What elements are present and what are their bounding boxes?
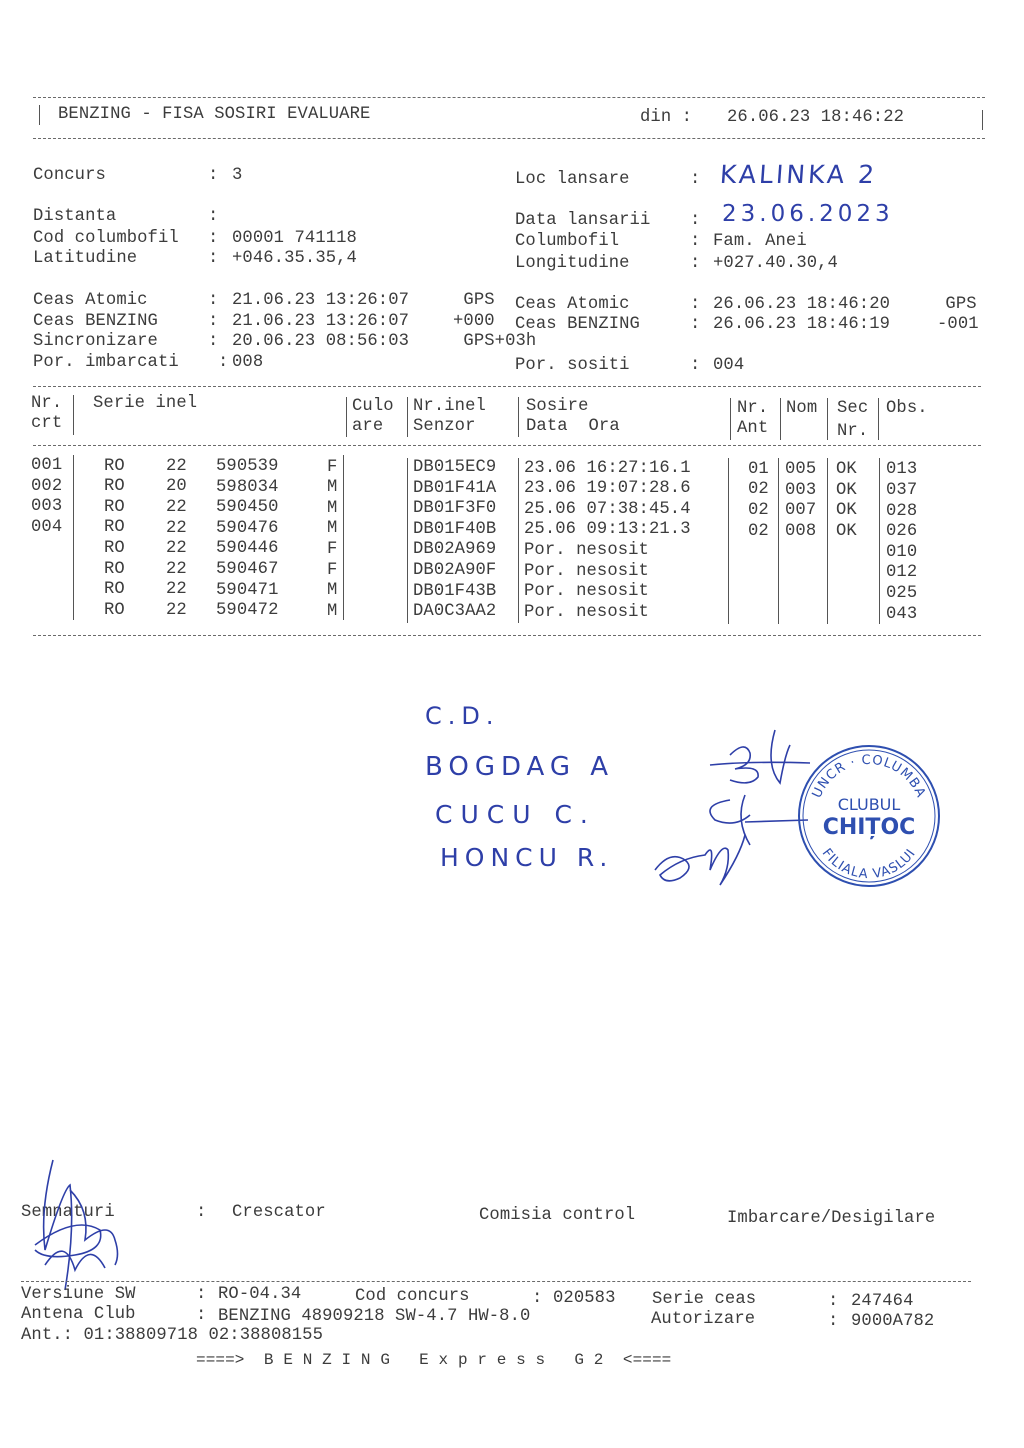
loc-lansare-label: Loc lansare [515, 170, 630, 190]
columbofil-label: Columbofil [515, 232, 619, 252]
versiune-value: RO-04.34 [218, 1285, 301, 1305]
table-header-rule [33, 445, 981, 446]
brand-line: ====> B E N Z I N G E x p r e s s G 2 <=… [196, 1350, 671, 1370]
serie-ceas-value: 247464 [851, 1292, 914, 1312]
document-title: BENZING - FISA SOSIRI EVALUARE [58, 105, 370, 125]
commission-member-2: CUCU C. [435, 800, 596, 829]
col-sep [407, 458, 408, 623]
col-sep [728, 458, 729, 624]
data-lansarii-handwritten: 23.06.2023 [722, 201, 894, 227]
serie-ceas-label: Serie ceas [652, 1290, 756, 1310]
th-nr-ant-1: Nr. [737, 399, 768, 419]
table-cell-obs: 012 [886, 563, 917, 583]
table-cell-sosire: 25.06 07:38:45.4 [524, 500, 691, 520]
table-cell-inel: 590450 [216, 498, 279, 518]
th-culoare-1: Culo [352, 397, 394, 417]
col-sep [518, 458, 519, 623]
colon: : [532, 1289, 542, 1309]
col-sep [827, 398, 828, 440]
ceas-benzing-start-label: Ceas BENZING [33, 312, 158, 332]
versiune-label: Versiune SW [21, 1285, 136, 1305]
table-top-rule [33, 386, 981, 387]
commission-member-3: HONCU R. [440, 843, 613, 872]
antenna-serials: Ant.: 01:38809718 02:38808155 [21, 1326, 323, 1346]
table-cell-inel: 590471 [216, 581, 279, 601]
table-cell-tara: RO [104, 498, 125, 518]
comisia-label: Comisia control [479, 1206, 635, 1226]
col-sep [346, 397, 347, 437]
print-date-label: din : [640, 108, 692, 128]
th-nom: Nom [786, 399, 817, 419]
header-right-bar [982, 110, 983, 130]
cod-columbofil-label: Cod columbofil [33, 229, 179, 249]
colon: : [690, 254, 700, 274]
colon: : [208, 249, 218, 269]
colon: : [196, 1285, 206, 1305]
table-cell-obs: 013 [886, 460, 917, 480]
ceas-atomic-end-value: 26.06.23 18:46:20 [713, 295, 890, 315]
table-cell-sosire: Por. nesosit [524, 582, 649, 602]
imbarcare-label: Imbarcare/Desigilare [727, 1209, 935, 1229]
table-cell-nr: 004 [31, 518, 62, 538]
table-cell-senzor: DB01F43B [413, 582, 496, 602]
crescator-signature-icon [15, 1150, 135, 1300]
col-sep [780, 398, 781, 440]
header-bottom-rule [33, 138, 985, 139]
table-cell-sex: F [327, 458, 337, 478]
loc-lansare-handwritten: KALINKA 2 [719, 160, 878, 189]
table-cell-senzor: DB02A90F [413, 561, 496, 581]
table-cell-inel: 590446 [216, 539, 279, 559]
colon: : [208, 207, 218, 227]
table-cell-obs: 010 [886, 543, 917, 563]
col-sep [778, 458, 779, 624]
th-culoare-2: are [352, 417, 383, 437]
table-cell-an: 22 [166, 519, 187, 539]
colon: : [208, 332, 218, 352]
antena-value: BENZING 48909218 SW-4.7 HW-8.0 [218, 1307, 530, 1327]
table-bottom-rule [33, 635, 981, 636]
table-cell-tara: RO [104, 477, 125, 497]
table-cell-nom: 007 [785, 501, 816, 521]
table-cell-inel: 590476 [216, 519, 279, 539]
table-cell-senzor: DB01F40B [413, 520, 496, 540]
table-cell-tara: RO [104, 457, 125, 477]
table-cell-ant: 02 [748, 501, 769, 521]
colon: : [828, 1292, 838, 1312]
table-cell-sec: OK [836, 460, 857, 480]
col-sep [730, 398, 731, 440]
table-cell-tara: RO [104, 560, 125, 580]
club-stamp-icon: UNCR · COLUMBA FILIALA VASLUI CLUBUL CHI… [795, 742, 943, 890]
colon: : [690, 232, 700, 252]
sincronizare-label: Sincronizare [33, 332, 158, 352]
th-serie-inel: Serie inel [93, 394, 197, 414]
table-cell-nr: 002 [31, 477, 62, 497]
commission-member-1: BOGDAG A [425, 752, 614, 782]
colon: : [208, 229, 218, 249]
autorizare-value: 9000A782 [851, 1312, 934, 1332]
table-cell-senzor: DB01F3F0 [413, 499, 496, 519]
svg-text:CHIȚOC: CHIȚOC [823, 815, 916, 840]
table-cell-sosire: Por. nesosit [524, 562, 649, 582]
table-cell-tara: RO [104, 539, 125, 559]
table-cell-an: 22 [166, 560, 187, 580]
latitudine-label: Latitudine [33, 249, 137, 269]
footer-top-rule [21, 1281, 971, 1282]
ceas-benzing-end-label: Ceas BENZING [515, 315, 640, 335]
por-sositi-value: 004 [713, 356, 744, 376]
por-sositi-label: Por. sositi [515, 356, 630, 376]
columbofil-value: Fam. Anei [713, 232, 807, 252]
th-sosire-1: Sosire [526, 397, 589, 417]
colon: : [208, 312, 218, 332]
th-sec-2: Nr. [837, 422, 868, 442]
longitudine-value: +027.40.30,4 [713, 254, 838, 274]
por-imbarcati-label: Por. imbarcati [33, 353, 179, 373]
table-cell-sex: M [327, 602, 337, 622]
colon: : [196, 1203, 206, 1223]
th-sec-1: Sec [837, 399, 868, 419]
signature-3-icon [650, 830, 750, 890]
th-nr-ant-2: Ant [737, 419, 768, 439]
table-cell-sosire: Por. nesosit [524, 541, 649, 561]
table-cell-sosire: Por. nesosit [524, 603, 649, 623]
table-cell-inel: 598034 [216, 478, 279, 498]
table-cell-sosire: 25.06 09:13:21.3 [524, 520, 691, 540]
table-cell-ant: 02 [748, 480, 769, 500]
table-cell-sec: OK [836, 522, 857, 542]
colon: : [218, 353, 228, 373]
table-cell-an: 22 [166, 601, 187, 621]
th-obs: Obs. [886, 399, 928, 419]
table-cell-sec: OK [836, 481, 857, 501]
ceas-benzing-start-value: 21.06.23 13:26:07 [232, 312, 409, 332]
cod-columbofil-value: 00001 741118 [232, 229, 357, 249]
table-cell-tara: RO [104, 580, 125, 600]
col-sep [878, 398, 879, 440]
sincronizare-suffix: GPS+03h [453, 332, 536, 352]
table-cell-an: 22 [166, 539, 187, 559]
cod-concurs-value: 020583 [553, 1289, 616, 1309]
col-sep [518, 397, 519, 437]
th-sosire-2: Data Ora [526, 417, 620, 437]
concurs-label: Concurs [33, 166, 106, 186]
data-lansarii-label: Data lansarii [515, 211, 650, 231]
th-nr-inel-1: Nr.inel [413, 397, 486, 417]
colon: : [690, 170, 700, 190]
table-cell-sex: F [327, 540, 337, 560]
table-cell-senzor: DB015EC9 [413, 458, 496, 478]
commission-heading: C.D. [425, 702, 500, 730]
colon: : [196, 1306, 206, 1326]
ceas-benzing-end-value: 26.06.23 18:46:19 [713, 315, 890, 335]
ceas-atomic-start-label: Ceas Atomic [33, 291, 148, 311]
colon: : [690, 356, 700, 376]
table-cell-sosire: 23.06 19:07:28.6 [524, 479, 691, 499]
print-date-value: 26.06.23 18:46:22 [727, 108, 904, 128]
autorizare-label: Autorizare [651, 1310, 755, 1330]
col-sep [827, 458, 828, 624]
distanta-label: Distanta [33, 207, 116, 227]
table-cell-inel: 590472 [216, 601, 279, 621]
col-sep [343, 455, 344, 620]
table-cell-senzor: DA0C3AA2 [413, 602, 496, 622]
colon: : [690, 295, 700, 315]
table-cell-nom: 008 [785, 522, 816, 542]
table-cell-senzor: DB01F41A [413, 479, 496, 499]
header-left-bar [39, 105, 40, 125]
table-cell-sex: M [327, 478, 337, 498]
table-cell-sec: OK [836, 501, 857, 521]
svg-text:CLUBUL: CLUBUL [838, 795, 901, 814]
table-cell-an: 22 [166, 580, 187, 600]
sincronizare-value: 20.06.23 08:56:03 [232, 332, 409, 352]
ceas-benzing-start-suffix: +000 [453, 312, 495, 332]
col-sep [73, 395, 74, 435]
table-cell-sosire: 23.06 16:27:16.1 [524, 459, 691, 479]
table-cell-ant: 01 [748, 460, 769, 480]
crescator-label: Crescator [232, 1203, 326, 1223]
table-cell-nom: 003 [785, 481, 816, 501]
th-nr-crt-1: Nr. [31, 394, 62, 414]
ceas-atomic-end-suffix: GPS [935, 295, 977, 315]
header-top-rule [33, 97, 985, 98]
ceas-benzing-end-suffix: -001 [937, 315, 979, 335]
table-cell-sex: M [327, 499, 337, 519]
ceas-atomic-start-suffix: GPS [453, 291, 495, 311]
concurs-value: 3 [232, 166, 242, 186]
table-cell-nom: 005 [785, 460, 816, 480]
table-cell-nr: 001 [31, 456, 62, 476]
table-cell-obs: 043 [886, 605, 917, 625]
th-nr-crt-2: crt [31, 414, 62, 434]
colon: : [690, 315, 700, 335]
colon: : [208, 166, 218, 186]
table-cell-an: 22 [166, 498, 187, 518]
table-cell-inel: 590467 [216, 560, 279, 580]
th-nr-inel-2: Senzor [413, 417, 476, 437]
colon: : [828, 1312, 838, 1332]
col-sep [407, 397, 408, 437]
table-cell-tara: RO [104, 518, 125, 538]
cod-concurs-label: Cod concurs [355, 1287, 470, 1307]
antena-label: Antena Club [21, 1305, 136, 1325]
col-sep [73, 455, 74, 620]
table-cell-sex: F [327, 561, 337, 581]
table-cell-ant: 02 [748, 522, 769, 542]
table-cell-obs: 026 [886, 522, 917, 542]
por-imbarcati-value: 008 [232, 353, 263, 373]
table-cell-obs: 037 [886, 481, 917, 501]
table-cell-senzor: DB02A969 [413, 540, 496, 560]
longitudine-label: Longitudine [515, 254, 630, 274]
table-cell-nr: 003 [31, 497, 62, 517]
table-cell-an: 22 [166, 457, 187, 477]
table-cell-an: 20 [166, 477, 187, 497]
table-cell-sex: M [327, 581, 337, 601]
table-cell-inel: 590539 [216, 457, 279, 477]
latitudine-value: +046.35.35,4 [232, 249, 357, 269]
table-cell-obs: 025 [886, 584, 917, 604]
table-cell-sex: M [327, 519, 337, 539]
table-cell-obs: 028 [886, 502, 917, 522]
table-cell-tara: RO [104, 601, 125, 621]
ceas-atomic-end-label: Ceas Atomic [515, 295, 630, 315]
ceas-atomic-start-value: 21.06.23 13:26:07 [232, 291, 409, 311]
colon: : [690, 211, 700, 231]
colon: : [208, 291, 218, 311]
col-sep [879, 458, 880, 624]
